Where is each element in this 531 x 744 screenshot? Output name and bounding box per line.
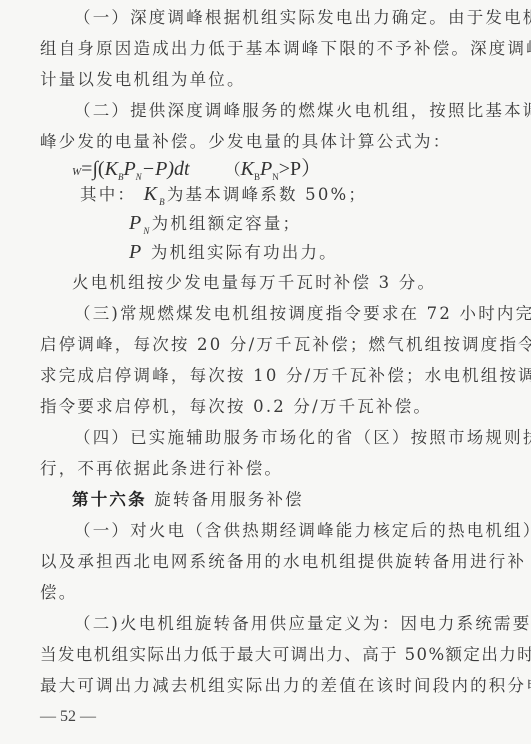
pn-description: 为机组额定容量； bbox=[152, 214, 302, 233]
paragraph-line: 组自身原因造成出力低于基本调峰下限的不予补偿。深度调峰 bbox=[40, 39, 480, 59]
where-label: 其中： bbox=[80, 185, 136, 204]
page-number: — 52 — bbox=[40, 708, 96, 726]
paragraph-line: 峰少发的电量补偿。少发电量的具体计算公式为： bbox=[40, 132, 480, 152]
kb-description: 为基本调峰系数 50%； bbox=[167, 185, 367, 204]
condition-p: P bbox=[260, 158, 272, 180]
formula-condition: （KBPN>P） bbox=[225, 158, 322, 180]
paragraph-line: 最大可调出力减去机组实际出力的差值在该时间段内的积分电 bbox=[40, 676, 480, 696]
article-number: 第十六条 bbox=[72, 490, 147, 509]
condition-k: K bbox=[241, 158, 254, 180]
paragraph-line: （一）对火电（含供热期经调峰能力核定后的热电机组） bbox=[74, 521, 514, 541]
p-line: P 为机组实际有功出力。 bbox=[129, 242, 531, 263]
condition-open: （ bbox=[225, 162, 241, 179]
paragraph-line: （一）深度调峰根据机组实际发电出力确定。由于发电机 bbox=[74, 8, 514, 28]
paragraph-line: 火电机组按少发电量每万千瓦时补偿 3 分。 bbox=[72, 273, 512, 293]
formula-minus-p: −P bbox=[142, 158, 168, 180]
paragraph-line: （二）提供深度调峰服务的燃煤火电机组，按照比基本调 bbox=[74, 101, 514, 121]
where-line: 其中： KB为基本调峰系数 50%； bbox=[80, 184, 520, 212]
formula-k: K bbox=[105, 158, 118, 180]
paragraph-line: 计量以发电机组为单位。 bbox=[40, 70, 480, 90]
pn-line: PN为机组额定容量； bbox=[129, 213, 531, 241]
paragraph-line: 指令要求启停机，每次按 0.2 分/万千瓦补偿。 bbox=[40, 397, 480, 417]
paragraph-line: 偿。 bbox=[40, 583, 480, 603]
paragraph-line: （二)火电机组旋转备用供应量定义为：因电力系统需要， bbox=[74, 614, 514, 634]
formula-w: W bbox=[72, 166, 81, 178]
article-heading: 第十六条 旋转备用服务补偿 bbox=[72, 490, 512, 510]
paragraph-line: （四）已实施辅助服务市场化的省（区）按照市场规则执 bbox=[74, 428, 514, 448]
compensation-formula: W=∫(KBPN−P)dt （KBPN>P） bbox=[72, 152, 321, 182]
formula-p: P bbox=[123, 158, 135, 180]
paragraph-line: 以及承担西北电网系统备用的水电机组提供旋转备用进行补 bbox=[40, 552, 480, 572]
formula-dt: )dt bbox=[167, 158, 189, 180]
paragraph-line: 当发电机组实际出力低于最大可调出力、高于 50%额定出力时， bbox=[40, 645, 480, 665]
var-kb: KB bbox=[144, 183, 167, 205]
paragraph-line: 求完成启停调峰，每次按 10 分/万千瓦补偿；水电机组按调度 bbox=[40, 366, 480, 386]
var-p: P bbox=[129, 241, 143, 263]
paragraph-line: （三)常规燃煤发电机组按调度指令要求在 72 小时内完成 bbox=[74, 304, 514, 324]
condition-rel: >P） bbox=[279, 158, 321, 180]
paragraph-line: 行，不再依据此条进行补偿。 bbox=[40, 459, 480, 479]
article-title: 旋转备用服务补偿 bbox=[154, 490, 304, 509]
p-description: 为机组实际有功出力。 bbox=[151, 243, 338, 262]
formula-integral: =∫( bbox=[81, 158, 104, 180]
var-pn: PN bbox=[129, 212, 152, 234]
paragraph-line: 启停调峰，每次按 20 分/万千瓦补偿；燃气机组按调度指令要 bbox=[40, 335, 480, 355]
